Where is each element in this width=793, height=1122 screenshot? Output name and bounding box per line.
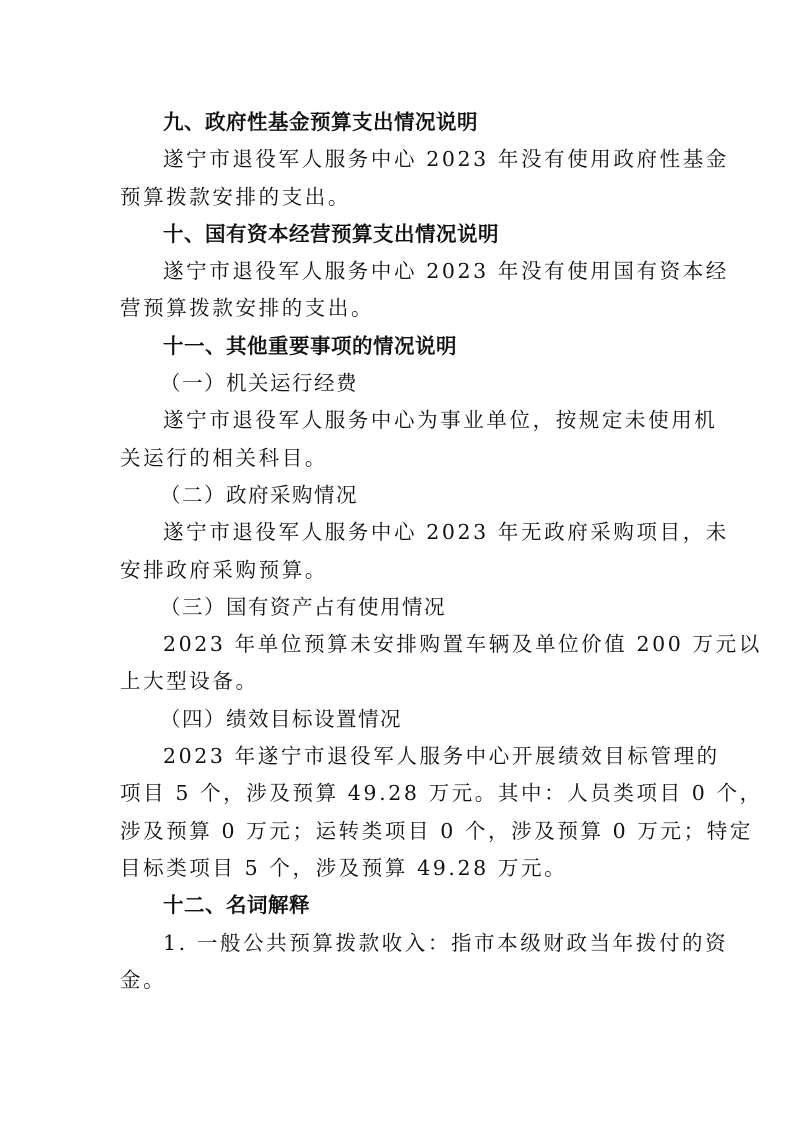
section-government-fund-budget: 九、政府性基金预算支出情况说明 遂宁市退役军人服务中心 2023 年没有使用政府…	[120, 104, 672, 216]
subsection-state-assets: （三）国有资产占有使用情况 2023 年单位预算未安排购置车辆及单位价值 200…	[120, 589, 672, 701]
paragraph-line: 上大型设备。	[120, 663, 672, 700]
paragraph: 遂宁市退役军人服务中心 2023 年无政府采购项目，未 安排政府采购预算。	[120, 514, 672, 589]
paragraph-line: 遂宁市退役军人服务中心为事业单位，按规定未使用机	[120, 402, 672, 439]
paragraph-line: 遂宁市退役军人服务中心 2023 年没有使用国有资本经	[120, 253, 672, 290]
section-other-important-matters: 十一、其他重要事项的情况说明 （一）机关运行经费 遂宁市退役军人服务中心为事业单…	[120, 328, 672, 887]
paragraph-line: 关运行的相关科目。	[120, 440, 672, 477]
section-heading: 九、政府性基金预算支出情况说明	[120, 104, 672, 141]
paragraph-line: 遂宁市退役军人服务中心 2023 年无政府采购项目，未	[120, 514, 672, 551]
paragraph-line: 目标类项目 5 个，涉及预算 49.28 万元。	[120, 850, 672, 887]
paragraph: 2023 年单位预算未安排购置车辆及单位价值 200 万元以 上大型设备。	[120, 626, 672, 701]
section-heading: 十一、其他重要事项的情况说明	[120, 328, 672, 365]
section-heading: 十、国有资本经营预算支出情况说明	[120, 216, 672, 253]
paragraph-line: 预算拨款安排的支出。	[120, 179, 672, 216]
paragraph-line: 2023 年单位预算未安排购置车辆及单位价值 200 万元以	[120, 626, 672, 663]
paragraph-line: 安排政府采购预算。	[120, 552, 672, 589]
paragraph-line: 1. 一般公共预算拨款收入：指市本级财政当年拨付的资	[120, 925, 672, 962]
subsection-operating-expenses: （一）机关运行经费 遂宁市退役军人服务中心为事业单位，按规定未使用机 关运行的相…	[120, 365, 672, 477]
paragraph: 2023 年遂宁市退役军人服务中心开展绩效目标管理的 项目 5 个，涉及预算 4…	[120, 738, 672, 887]
paragraph: 1. 一般公共预算拨款收入：指市本级财政当年拨付的资 金。	[120, 925, 672, 1000]
section-heading: 十二、名词解释	[120, 887, 672, 924]
paragraph: 遂宁市退役军人服务中心 2023 年没有使用国有资本经 营预算拨款安排的支出。	[120, 253, 672, 328]
subsection-heading: （一）机关运行经费	[120, 365, 672, 402]
subsection-heading: （四）绩效目标设置情况	[120, 701, 672, 738]
paragraph: 遂宁市退役军人服务中心 2023 年没有使用政府性基金 预算拨款安排的支出。	[120, 141, 672, 216]
paragraph: 遂宁市退役军人服务中心为事业单位，按规定未使用机 关运行的相关科目。	[120, 402, 672, 477]
section-glossary: 十二、名词解释 1. 一般公共预算拨款收入：指市本级财政当年拨付的资 金。	[120, 887, 672, 999]
section-state-capital-budget: 十、国有资本经营预算支出情况说明 遂宁市退役军人服务中心 2023 年没有使用国…	[120, 216, 672, 328]
subsection-performance-targets: （四）绩效目标设置情况 2023 年遂宁市退役军人服务中心开展绩效目标管理的 项…	[120, 701, 672, 887]
subsection-government-procurement: （二）政府采购情况 遂宁市退役军人服务中心 2023 年无政府采购项目，未 安排…	[120, 477, 672, 589]
subsection-heading: （二）政府采购情况	[120, 477, 672, 514]
paragraph-line: 营预算拨款安排的支出。	[120, 290, 672, 327]
paragraph-line: 项目 5 个，涉及预算 49.28 万元。其中：人员类项目 0 个，	[120, 775, 672, 812]
paragraph-line: 遂宁市退役军人服务中心 2023 年没有使用政府性基金	[120, 141, 672, 178]
paragraph-line: 2023 年遂宁市退役军人服务中心开展绩效目标管理的	[120, 738, 672, 775]
paragraph-line: 涉及预算 0 万元；运转类项目 0 个，涉及预算 0 万元；特定	[120, 813, 672, 850]
subsection-heading: （三）国有资产占有使用情况	[120, 589, 672, 626]
paragraph-line: 金。	[120, 962, 672, 999]
document-page: 九、政府性基金预算支出情况说明 遂宁市退役军人服务中心 2023 年没有使用政府…	[120, 104, 672, 999]
